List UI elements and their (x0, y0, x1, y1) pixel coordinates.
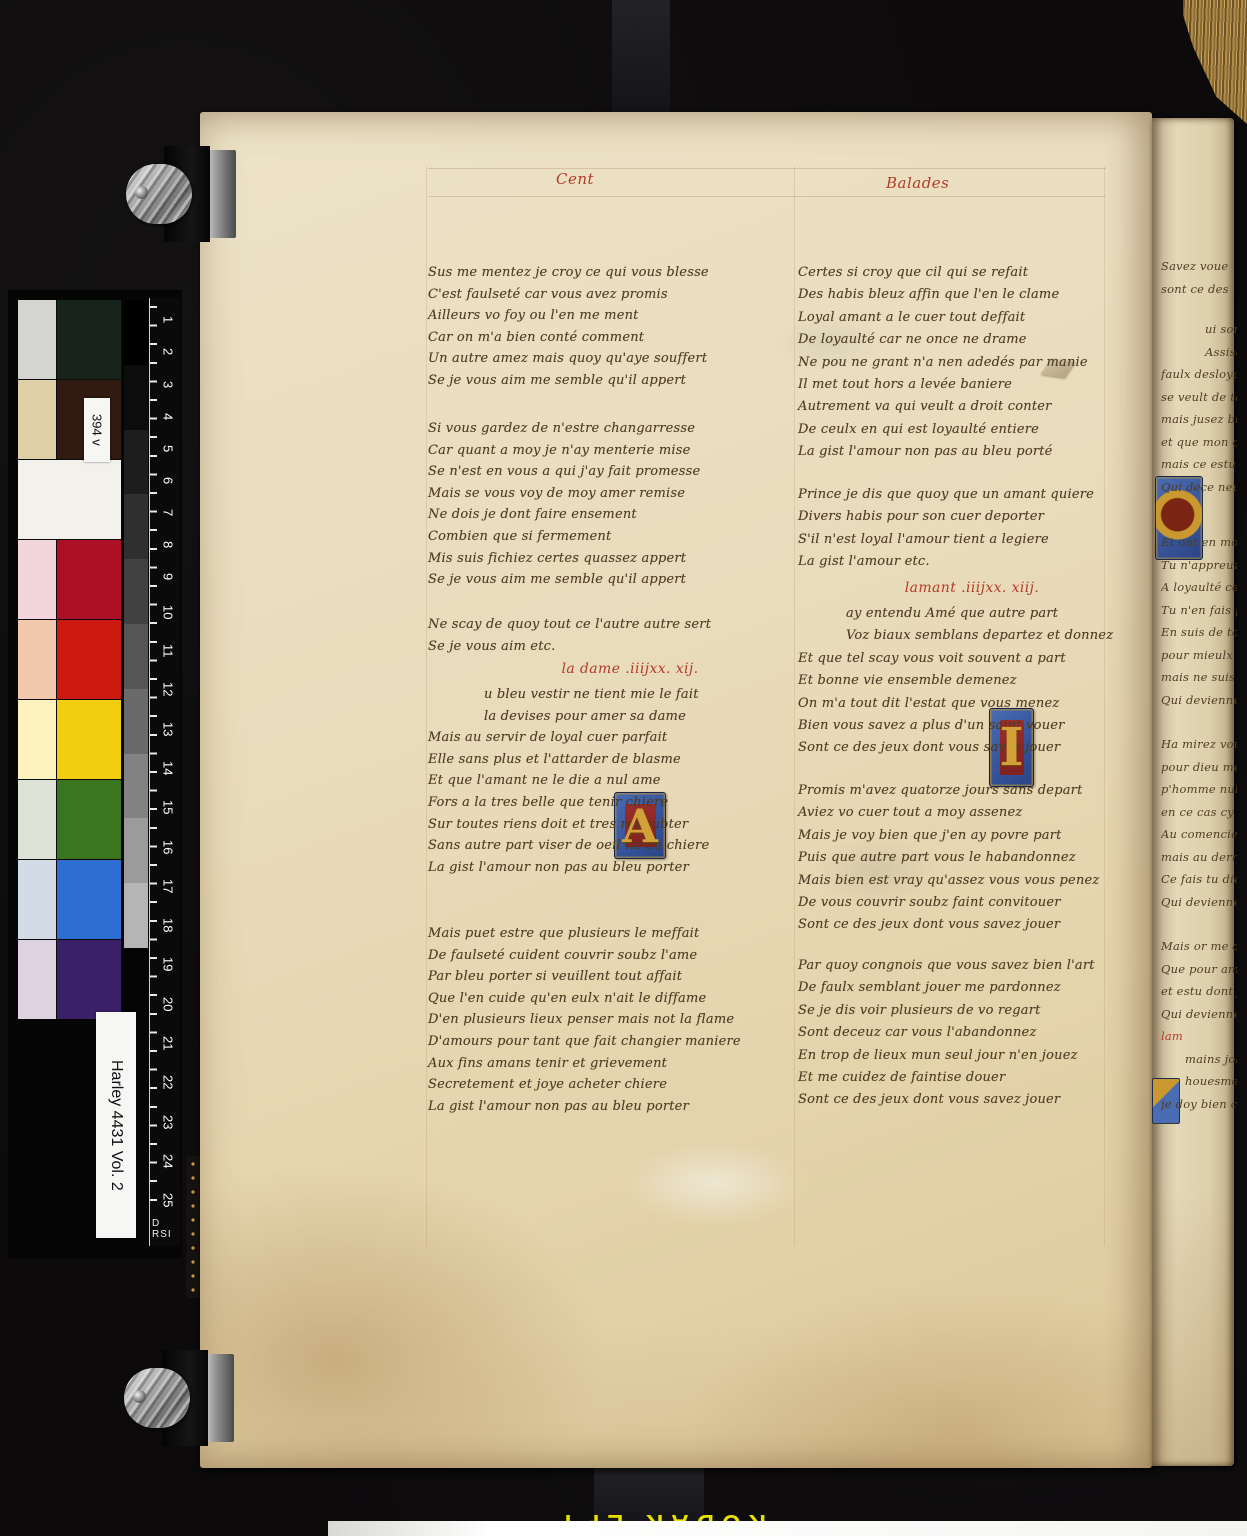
verse-line: S'il n'est loyal l'amour tient a legiere (798, 529, 1094, 551)
folio-number-text: 394 v (90, 414, 105, 446)
verse-line-fragment (1161, 300, 1237, 318)
verse-line: la devises pour amer sa dame (484, 706, 709, 728)
verse-line: Ne scay de quoy tout ce l'autre autre se… (428, 614, 711, 636)
verse-line: Mais puet estre que plusieurs le meffait (428, 923, 741, 945)
recto-text-fragments: Savez vouesont ce desui son chAssise def… (1161, 255, 1237, 1115)
gray-step (124, 430, 148, 495)
verse-line-fragment: mais ne suis pa (1161, 666, 1237, 689)
verse-line: Mais se vous voy de moy amer remise (428, 483, 700, 505)
verse-line: Un autre amez mais quoy qu'aye souffert (428, 348, 709, 370)
ruler-number: 4 (162, 413, 175, 420)
verse-line-fragment (1161, 913, 1237, 935)
verse-line: Sans autre part viser de oeil ne de chie… (428, 835, 709, 857)
ruler-number: 22 (162, 1075, 175, 1089)
stanza-ballade: u bleu vestir ne tient mie le faitla dev… (428, 684, 709, 878)
verse-line-fragment: mais au derrain (1161, 846, 1237, 869)
verse-line: Combien que si fermement (428, 526, 700, 548)
verse-line: u bleu vestir ne tient mie le fait (484, 684, 709, 706)
page-clip-bottom (124, 1350, 236, 1446)
verse-line-fragment: sont ce des (1161, 278, 1237, 301)
ruler-number: 3 (162, 381, 175, 388)
page-clip-top (126, 146, 238, 242)
verse-line: Et que tel scay vous voit souvent a part (798, 648, 1113, 670)
verse-line: Et que l'amant ne le die a nul ame (428, 770, 709, 792)
rubric-la-dame: la dame .iiijxx. xij. (510, 661, 750, 677)
grayscale-step-wedge (124, 300, 148, 948)
ruler-number: 11 (162, 644, 175, 658)
stanza: Certes si croy que cil qui se refaitDes … (798, 262, 1088, 464)
verse-line-fragment: Savez voue (1161, 255, 1237, 278)
verse-line: De vous couvrir soubz faint convitouer (798, 892, 1099, 914)
verse-line: Aviez vo cuer tout a moy assenez (798, 802, 1099, 824)
verse-line: Se je vous aim me semble qu'il appert (428, 569, 700, 591)
verse-line-fragment: Tu n'en fais pr (1161, 599, 1237, 622)
verse-line-fragment: et estu dont jen (1161, 980, 1237, 1003)
verse-line: Car on m'a bien conté comment (428, 327, 709, 349)
verse-line-fragment: pour dieu mercy (1161, 756, 1237, 779)
color-patch (57, 940, 121, 1019)
verse-line: Car quant a moy je n'ay menterie mise (428, 440, 700, 462)
folio-number-label: 394 v (84, 398, 110, 462)
ruler-number: 10 (162, 605, 175, 619)
clip-handle (126, 164, 192, 224)
verse-line: Promis m'avez quatorze jours sans depart (798, 780, 1099, 802)
gray-step (124, 818, 148, 883)
ruler-number: 14 (162, 761, 175, 775)
verse-line: Ne dois je dont faire ensement (428, 504, 700, 526)
verse-line-fragment: Ce fais tu dieus (1161, 868, 1237, 891)
ruler-number: 15 (162, 800, 175, 814)
verse-line: La gist l'amour etc. (798, 551, 1094, 573)
verse-line: Puis que autre part vous le habandonnez (798, 847, 1099, 869)
gilt-fore-edge (1183, 0, 1247, 124)
verse-line: Il met tout hors a levée baniere (798, 374, 1088, 396)
color-patch (18, 300, 56, 379)
verse-line-fragment: faulx desloyal (1161, 363, 1237, 386)
verse-line: Secretement et joye acheter chiere (428, 1074, 741, 1096)
color-patch (57, 300, 121, 379)
ruler-number: 25 (162, 1193, 175, 1207)
verse-line-fragment: en ce cas cy si f (1161, 801, 1237, 824)
verse-line: Des habis bleuz affin que l'en le clame (798, 284, 1088, 306)
verse-line-fragment: Mais or me dy a (1161, 935, 1237, 958)
verse-line: Par quoy congnois que vous savez bien l'… (798, 955, 1095, 977)
verse-line-fragment: Que pour amer (1161, 958, 1237, 981)
ruler-number: 7 (162, 509, 175, 516)
ruler-number: 12 (162, 682, 175, 696)
verse-line-fragment: En suis de toy t (1161, 621, 1237, 644)
verse-line: Se n'est en vous a qui j'ay fait promess… (428, 461, 700, 483)
verse-line: Fors a la tres belle que tenir chiere (428, 792, 709, 814)
verse-line: Ailleurs vo foy ou l'en me ment (428, 305, 709, 327)
ruling-line (428, 168, 1106, 169)
verse-line: De loyaulté car ne once ne drame (798, 329, 1088, 351)
gray-step (124, 883, 148, 948)
initial-letter: A (622, 799, 658, 853)
verse-line: Sont ce des jeux dont vous savez jouer (798, 914, 1099, 936)
gray-step (124, 624, 148, 689)
verse-line-fragment: mais jusez bi (1161, 408, 1237, 431)
stanza-envoi: Prince je dis que quoy que un amant quie… (798, 484, 1094, 574)
color-patch (18, 940, 56, 1019)
verse-line-fragment: ui son ch (1205, 318, 1237, 341)
ruler-number: 16 (162, 840, 175, 854)
ruler-number: 8 (162, 541, 175, 548)
color-patch (18, 700, 56, 779)
verse-line: La gist l'amour non pas au bleu porter (428, 1096, 741, 1118)
verse-line-fragment: Et ont en mo (1161, 531, 1237, 554)
color-patch (18, 860, 56, 939)
measuring-ruler: 1234567891011121314151617181920212223242… (149, 298, 180, 1246)
verse-line: Elle sans plus et l'attarder de blasme (428, 749, 709, 771)
gray-step (124, 689, 148, 754)
verse-line-fragment: je doy bien celle (1161, 1093, 1237, 1116)
verse-line-fragment: Qui deviennent e (1161, 689, 1237, 712)
verse-line: La gist l'amour non pas au bleu porté (798, 441, 1088, 463)
film-edge-strip (328, 1521, 1247, 1536)
verse-line: Et me cuidez de faintise douer (798, 1067, 1095, 1089)
verse-line: Que l'en cuide qu'en eulx n'ait le diffa… (428, 988, 741, 1010)
verse-line: Se je vous aim me semble qu'il appert (428, 370, 709, 392)
gray-step (124, 365, 148, 430)
verse-line: On m'a tout dit l'estat que vous menez (798, 693, 1113, 715)
verse-line: Autrement va qui veult a droit conter (798, 396, 1088, 418)
gray-step (124, 754, 148, 819)
manuscript-photo-stage: KODAK EPT Cent Balades Sus me mentez je … (0, 0, 1247, 1536)
verse-line-fragment: Qui deviennent co (1161, 891, 1237, 914)
verse-line: Bien vous savez a plus d'un saint vouer (798, 715, 1113, 737)
verse-line: Certes si croy que cil qui se refait (798, 262, 1088, 284)
verse-line-fragment: Assise de (1205, 341, 1237, 364)
color-patch (18, 460, 121, 539)
verse-line-fragment (1161, 711, 1237, 733)
ruler-number: 1 (162, 316, 175, 323)
ruler-end-label: D RSI (152, 1218, 180, 1240)
ruler-number: 2 (162, 348, 175, 355)
verse-line: Mais au servir de loyal cuer parfait (428, 727, 709, 749)
verse-line-fragment (1161, 498, 1237, 531)
stanza-ballade: Mais puet estre que plusieurs le meffait… (428, 923, 741, 1117)
ruler-ticks (150, 306, 157, 1212)
verse-line-fragment: houesme vie (1185, 1070, 1237, 1093)
stanza-ballade: Par quoy congnois que vous savez bien l'… (798, 955, 1095, 1112)
gray-step (124, 559, 148, 624)
verse-line-fragment: et que mon c (1161, 431, 1237, 454)
verse-line: Aux fins amans tenir et grievement (428, 1053, 741, 1075)
verse-line: ay entendu Amé que autre part (846, 603, 1113, 625)
verse-line: Divers habis pour son cuer deporter (798, 506, 1094, 528)
verse-line: Par bleu porter si veuillent tout affait (428, 966, 741, 988)
verse-line-fragment: p'homme nul r (1161, 778, 1237, 801)
gilt-clasp-ornament (186, 1156, 201, 1298)
verse-line-fragment: mais ce estu (1161, 453, 1237, 476)
verse-line: Et bonne vie ensemble demenez (798, 670, 1113, 692)
ruler-number: 5 (162, 445, 175, 452)
verse-line: Loyal amant a le cuer tout deffait (798, 307, 1088, 329)
shelfmark-text: Harley 4431 Vol. 2 (107, 1060, 125, 1191)
rubric-lamant: lamant .iiijxx. xiij. (852, 580, 1092, 596)
ruling-line (426, 166, 427, 1246)
color-patch (57, 860, 121, 939)
clip-handle (124, 1368, 190, 1428)
initial-letter: I (999, 717, 1023, 778)
verse-line: Mis suis fichiez certes quassez appert (428, 548, 700, 570)
ruler-number: 19 (162, 957, 175, 971)
color-patch (18, 780, 56, 859)
manuscript-page-verso: Cent Balades Sus me mentez je croy ce qu… (200, 112, 1152, 1468)
ruler-number: 17 (162, 879, 175, 893)
ruler-number: 6 (162, 477, 175, 484)
verse-line: De faulseté cuident couvrir soubz l'ame (428, 945, 741, 967)
book-strap-top (612, 0, 670, 120)
running-header-left: Cent (556, 170, 594, 188)
verse-line: Si vous gardez de n'estre changarresse (428, 418, 700, 440)
ruler-number: 18 (162, 918, 175, 932)
verse-line: De faulx semblant jouer me pardonnez (798, 977, 1095, 999)
running-header-right: Balades (886, 174, 949, 192)
verse-line-fragment: Qui dece neuv (1161, 476, 1237, 499)
stanza-ballade: Promis m'avez quatorze jours sans depart… (798, 780, 1099, 937)
verse-line: Sont ce des jeux dont vous savez jouer (798, 737, 1113, 759)
verse-line: Voz biaux semblans departez et donnez (846, 625, 1113, 647)
ruler-number: 21 (162, 1036, 175, 1050)
stanza: Si vous gardez de n'estre changarresseCa… (428, 418, 700, 591)
verse-line-fragment: A loyaulté ce n (1161, 576, 1237, 599)
verse-line: D'en plusieurs lieux penser mais not la … (428, 1009, 741, 1031)
verse-line-fragment: Tu n'appreuz et (1161, 554, 1237, 577)
ruler-number: 24 (162, 1154, 175, 1168)
ruler-numbers: 1234567891011121314151617181920212223242… (157, 304, 179, 1220)
verse-line: Mais je voy bien que j'en ay povre part (798, 825, 1099, 847)
verse-line: Mais bien est vray qu'assez vous vous pe… (798, 870, 1099, 892)
verse-line: Sont ce des jeux dont vous savez jouer (798, 1089, 1095, 1111)
color-patch (57, 540, 121, 619)
shelfmark-label: Harley 4431 Vol. 2 (96, 1012, 136, 1238)
verse-line-fragment: Ha mirez vous s (1161, 733, 1237, 756)
verse-line: Se je dis voir plusieurs de vo regart (798, 1000, 1095, 1022)
verse-line: Prince je dis que quoy que un amant quie… (798, 484, 1094, 506)
color-patch (18, 540, 56, 619)
color-patch (57, 620, 121, 699)
color-patch (18, 620, 56, 699)
ruler-number: 9 (162, 573, 175, 580)
verse-line-fragment: pour mieulx co (1161, 644, 1237, 667)
verse-line: De ceulx en qui est loyaulté entiere (798, 419, 1088, 441)
ruler-number: 20 (162, 997, 175, 1011)
ruling-line (794, 166, 795, 1246)
verse-line: D'amours pour tant que fait changier man… (428, 1031, 741, 1053)
verse-line-fragment: Qui deviennent es (1161, 1003, 1237, 1026)
verse-line: Sont deceuz car vous l'abandonnez (798, 1022, 1095, 1044)
verse-line: Sus me mentez je croy ce qui vous blesse (428, 262, 709, 284)
ruler-number: 13 (162, 722, 175, 736)
color-patch (18, 380, 56, 459)
verse-line: En trop de lieux mun seul jour n'en joue… (798, 1045, 1095, 1067)
verse-line: Se je vous aim etc. (428, 636, 711, 658)
verse-line: C'est faulseté car vous avez promis (428, 284, 709, 306)
gray-step (124, 300, 148, 365)
verse-line: Ne pou ne grant n'a nen adedés par manie (798, 352, 1088, 374)
gray-step (124, 494, 148, 559)
color-patch (57, 780, 121, 859)
manuscript-page-recto-edge: Savez vouesont ce desui son chAssise def… (1152, 118, 1234, 1466)
verse-line-fragment: mains jolis (1185, 1048, 1237, 1071)
color-patch (57, 700, 121, 779)
verse-line: La gist l'amour non pas au bleu porter (428, 857, 709, 879)
ruling-line (428, 196, 1106, 197)
ruler-number: 23 (162, 1115, 175, 1129)
verse-line-fragment: Au comencier fo (1161, 823, 1237, 846)
verse-line-fragment: lam (1161, 1025, 1237, 1048)
stanza-ballade: ay entendu Amé que autre partVoz biaux s… (798, 603, 1113, 760)
verse-line-fragment: se veult de toy (1161, 386, 1237, 409)
verse-line: Sur toutes riens doit et tres redoubter (428, 814, 709, 836)
stanza-envoi: Ne scay de quoy tout ce l'autre autre se… (428, 614, 711, 657)
stanza: Sus me mentez je croy ce qui vous blesse… (428, 262, 709, 392)
